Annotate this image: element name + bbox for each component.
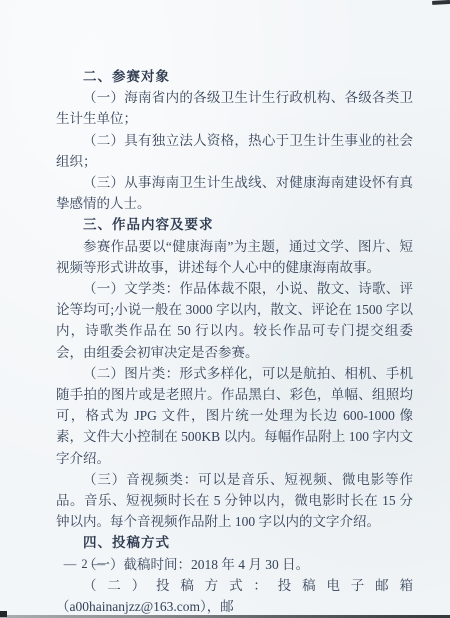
section-heading-participants: 二、参赛对象 xyxy=(56,66,413,87)
paragraph-picture-category: （二）图片类：形式多样化，可以是航拍、相机、手机随手拍的图片或是老照片。作品黑白… xyxy=(56,363,413,469)
paragraph-participants-1: （一）海南省内的各级卫生计生行政机构、各级各类卫生计生单位； xyxy=(56,87,413,129)
paragraph-literature-category: （一）文学类：作品体裁不限，小说、散文、诗歌、评论等均可;小说一般在 3000 … xyxy=(56,278,413,363)
paragraph-audio-video-category: （三）音视频类：可以是音乐、短视频、微电影等作品。音乐、短视频时长在 5 分钟以… xyxy=(56,469,413,533)
scan-artifact-top-right xyxy=(432,0,450,5)
document-body: 二、参赛对象 （一）海南省内的各级卫生计生行政机构、各级各类卫生计生单位； （二… xyxy=(56,66,413,617)
section-heading-submission-method: 四、投稿方式 xyxy=(56,532,413,553)
section-heading-content-requirements: 三、作品内容及要求 xyxy=(56,214,413,235)
scan-artifact-bottom-left xyxy=(0,611,7,617)
paragraph-participants-3: （三）从事海南卫生计生战线、对健康海南建设怀有真挚感情的人士。 xyxy=(56,172,413,214)
section-submission-method: 四、投稿方式 （一）截稿时间：2018 年 4 月 30 日。 （二）投稿方式：… xyxy=(56,532,413,617)
page-number: — 2 — xyxy=(50,557,120,572)
paragraph-submission-email: （二）投稿方式：投稿电子邮箱（a00hainanjzz@163.com），邮 xyxy=(56,575,413,617)
scanned-document-page: 二、参赛对象 （一）海南省内的各级卫生计生行政机构、各级各类卫生计生单位； （二… xyxy=(0,0,450,618)
paragraph-theme: 参赛作品要以“健康海南”为主题，通过文学、图片、短视频等形式讲故事，讲述每个人心… xyxy=(56,236,413,278)
section-content-requirements: 三、作品内容及要求 参赛作品要以“健康海南”为主题，通过文学、图片、短视频等形式… xyxy=(56,214,413,532)
paragraph-participants-2: （二）具有独立法人资格，热心于卫生计生事业的社会组织； xyxy=(56,130,413,172)
section-participants: 二、参赛对象 （一）海南省内的各级卫生计生行政机构、各级各类卫生计生单位； （二… xyxy=(56,66,413,214)
